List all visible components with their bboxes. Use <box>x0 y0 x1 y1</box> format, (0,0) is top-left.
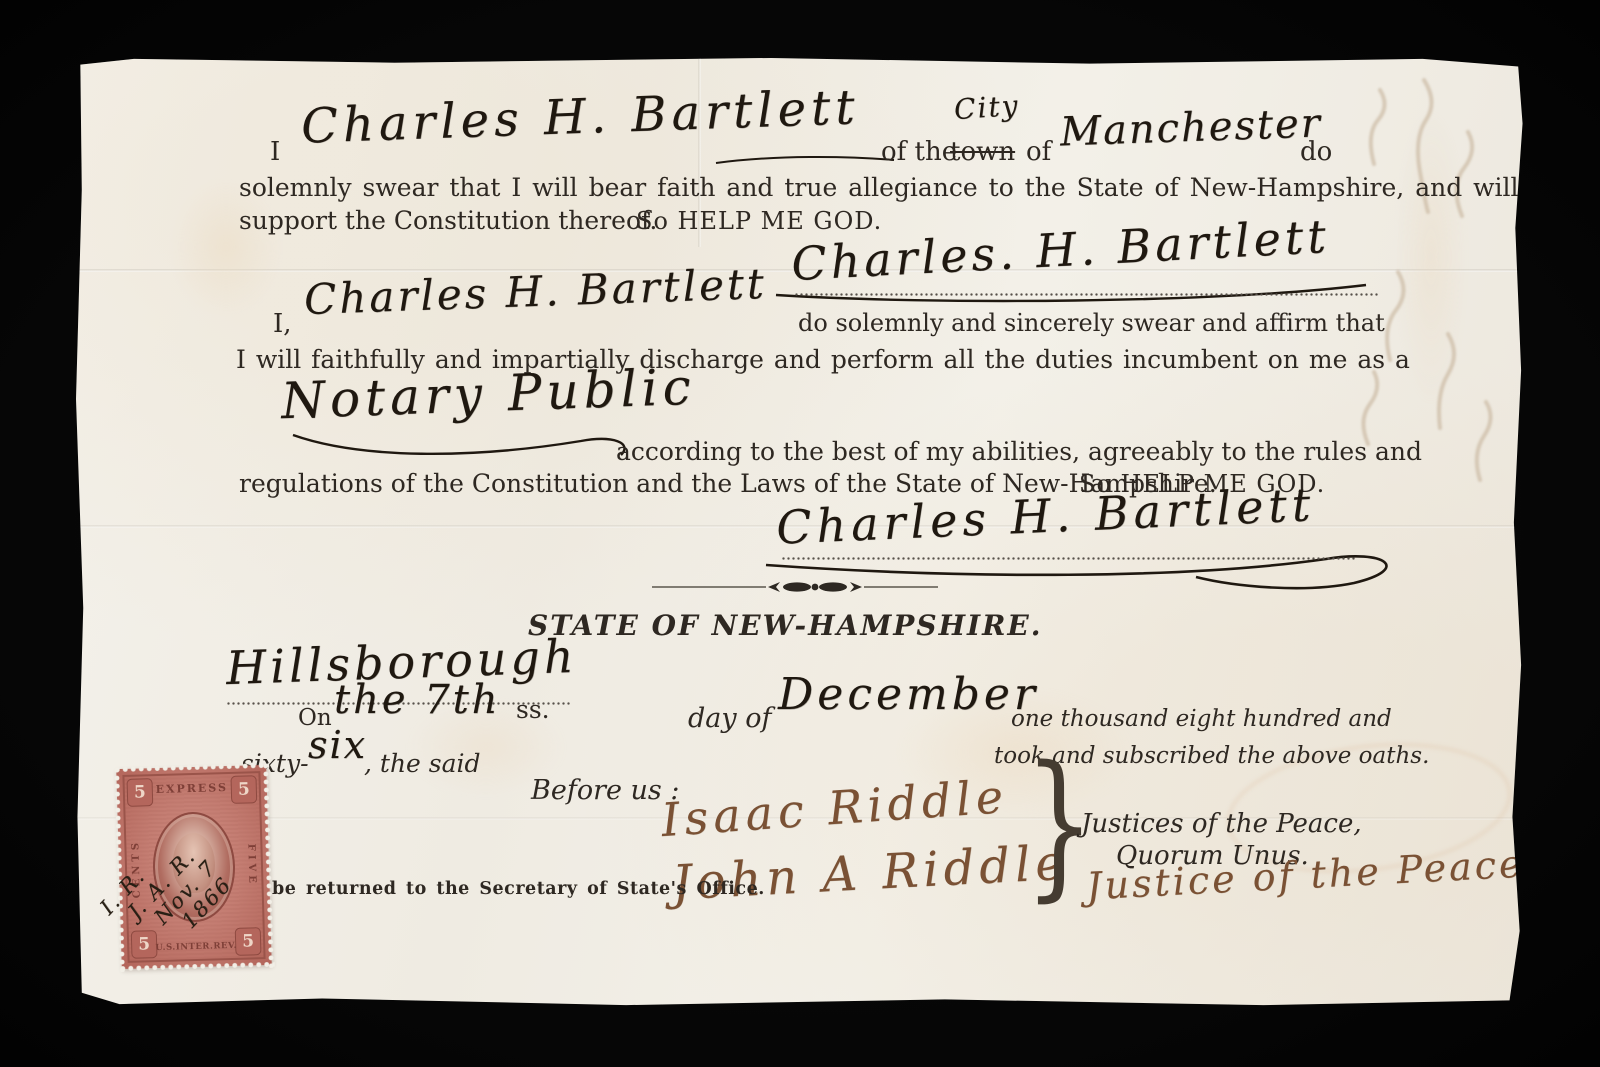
year-phrase: one thousand eight hundred and <box>1011 706 1392 732</box>
divider-ornament <box>650 579 940 595</box>
scan-background: I Charles H. Bartlett of the town City o… <box>0 0 1600 1067</box>
witness-signature-isaac-riddle: Isaac Riddle <box>660 769 1010 847</box>
dotted-underline <box>781 557 1356 560</box>
oath1-do: do <box>1300 137 1332 167</box>
oath1-line2: solemnly swear that I will bear faith an… <box>239 173 1519 202</box>
pen-flourish <box>716 153 896 167</box>
revenue-stamp: 5 5 5 5 EXPRESS U.S.INTER.REV. CENTS FIV… <box>116 765 272 969</box>
ss-label: ss. <box>516 695 550 724</box>
oath2-line3: according to the best of my abilities, a… <box>616 437 1422 466</box>
oath1-line3: support the Constitution thereof. <box>239 206 657 235</box>
pen-flourish <box>281 429 651 469</box>
day-handwritten: the 7th <box>334 677 501 723</box>
oath2-line1-rest: do solemnly and sincerely swear and affi… <box>798 309 1385 337</box>
return-instruction: be returned to the Secretary of State's … <box>272 879 765 899</box>
document-paper: I Charles H. Bartlett of the town City o… <box>76 57 1524 1007</box>
justices-role-line1: Justices of the Peace, <box>1081 809 1362 839</box>
oath1-name-handwritten: Charles H. Bartlett <box>300 79 860 154</box>
witness-signature-john-riddle: John A Riddle <box>671 835 1070 912</box>
oath2-pronoun: I, <box>273 309 292 339</box>
struck-word-town: town <box>950 137 1015 167</box>
month-handwritten: December <box>778 669 1039 720</box>
the-said-label: , the said <box>364 749 481 778</box>
stamp-denomination: 5 <box>235 927 262 956</box>
day-of-label: day of <box>688 703 771 734</box>
place-manchester-handwritten: Manchester <box>1059 100 1322 155</box>
oath2-name-handwritten: Charles H. Bartlett <box>303 259 767 324</box>
oath1-of-the: of the <box>881 137 957 167</box>
dotted-underline <box>794 293 1379 296</box>
state-heading: STATE OF NEW-HAMPSHIRE. <box>528 609 1043 642</box>
inserted-word-city: City <box>953 89 1021 126</box>
six-handwritten: six <box>308 723 367 767</box>
before-us-label: Before us : <box>531 775 679 806</box>
oath1-so-help-me-god: So HELP ME GOD. <box>636 207 882 235</box>
oath1-pronoun: I <box>270 137 280 167</box>
oath1-of: of <box>1026 137 1051 167</box>
stamp-denomination: 5 <box>127 778 154 807</box>
